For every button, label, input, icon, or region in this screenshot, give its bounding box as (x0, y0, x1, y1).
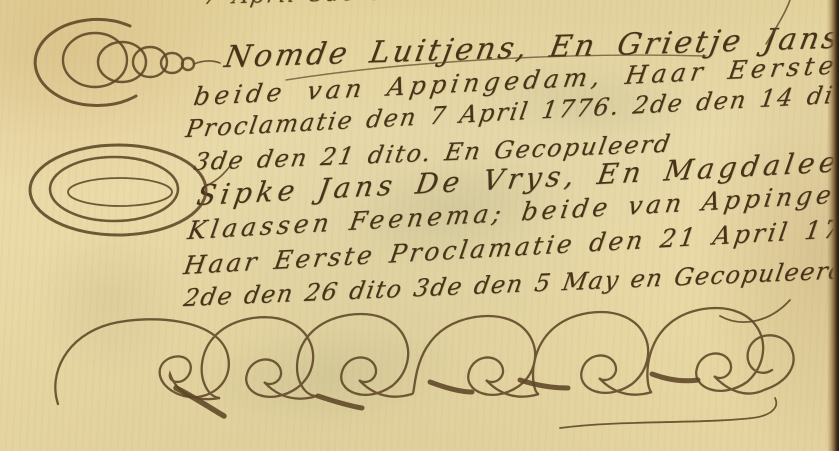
bottom-flourish (55, 300, 793, 428)
manuscript-page: 7 April 3de den 14 dito Nomde Luitjens, … (0, 0, 839, 451)
manuscript-line-partial-top: 7 April 3de den 14 dito (202, 0, 530, 10)
bleed-through-smudge (177, 310, 484, 441)
page-edge-shadow (827, 0, 839, 451)
left-loop-flourish (35, 19, 220, 105)
bleed-through-smudge (30, 220, 190, 380)
